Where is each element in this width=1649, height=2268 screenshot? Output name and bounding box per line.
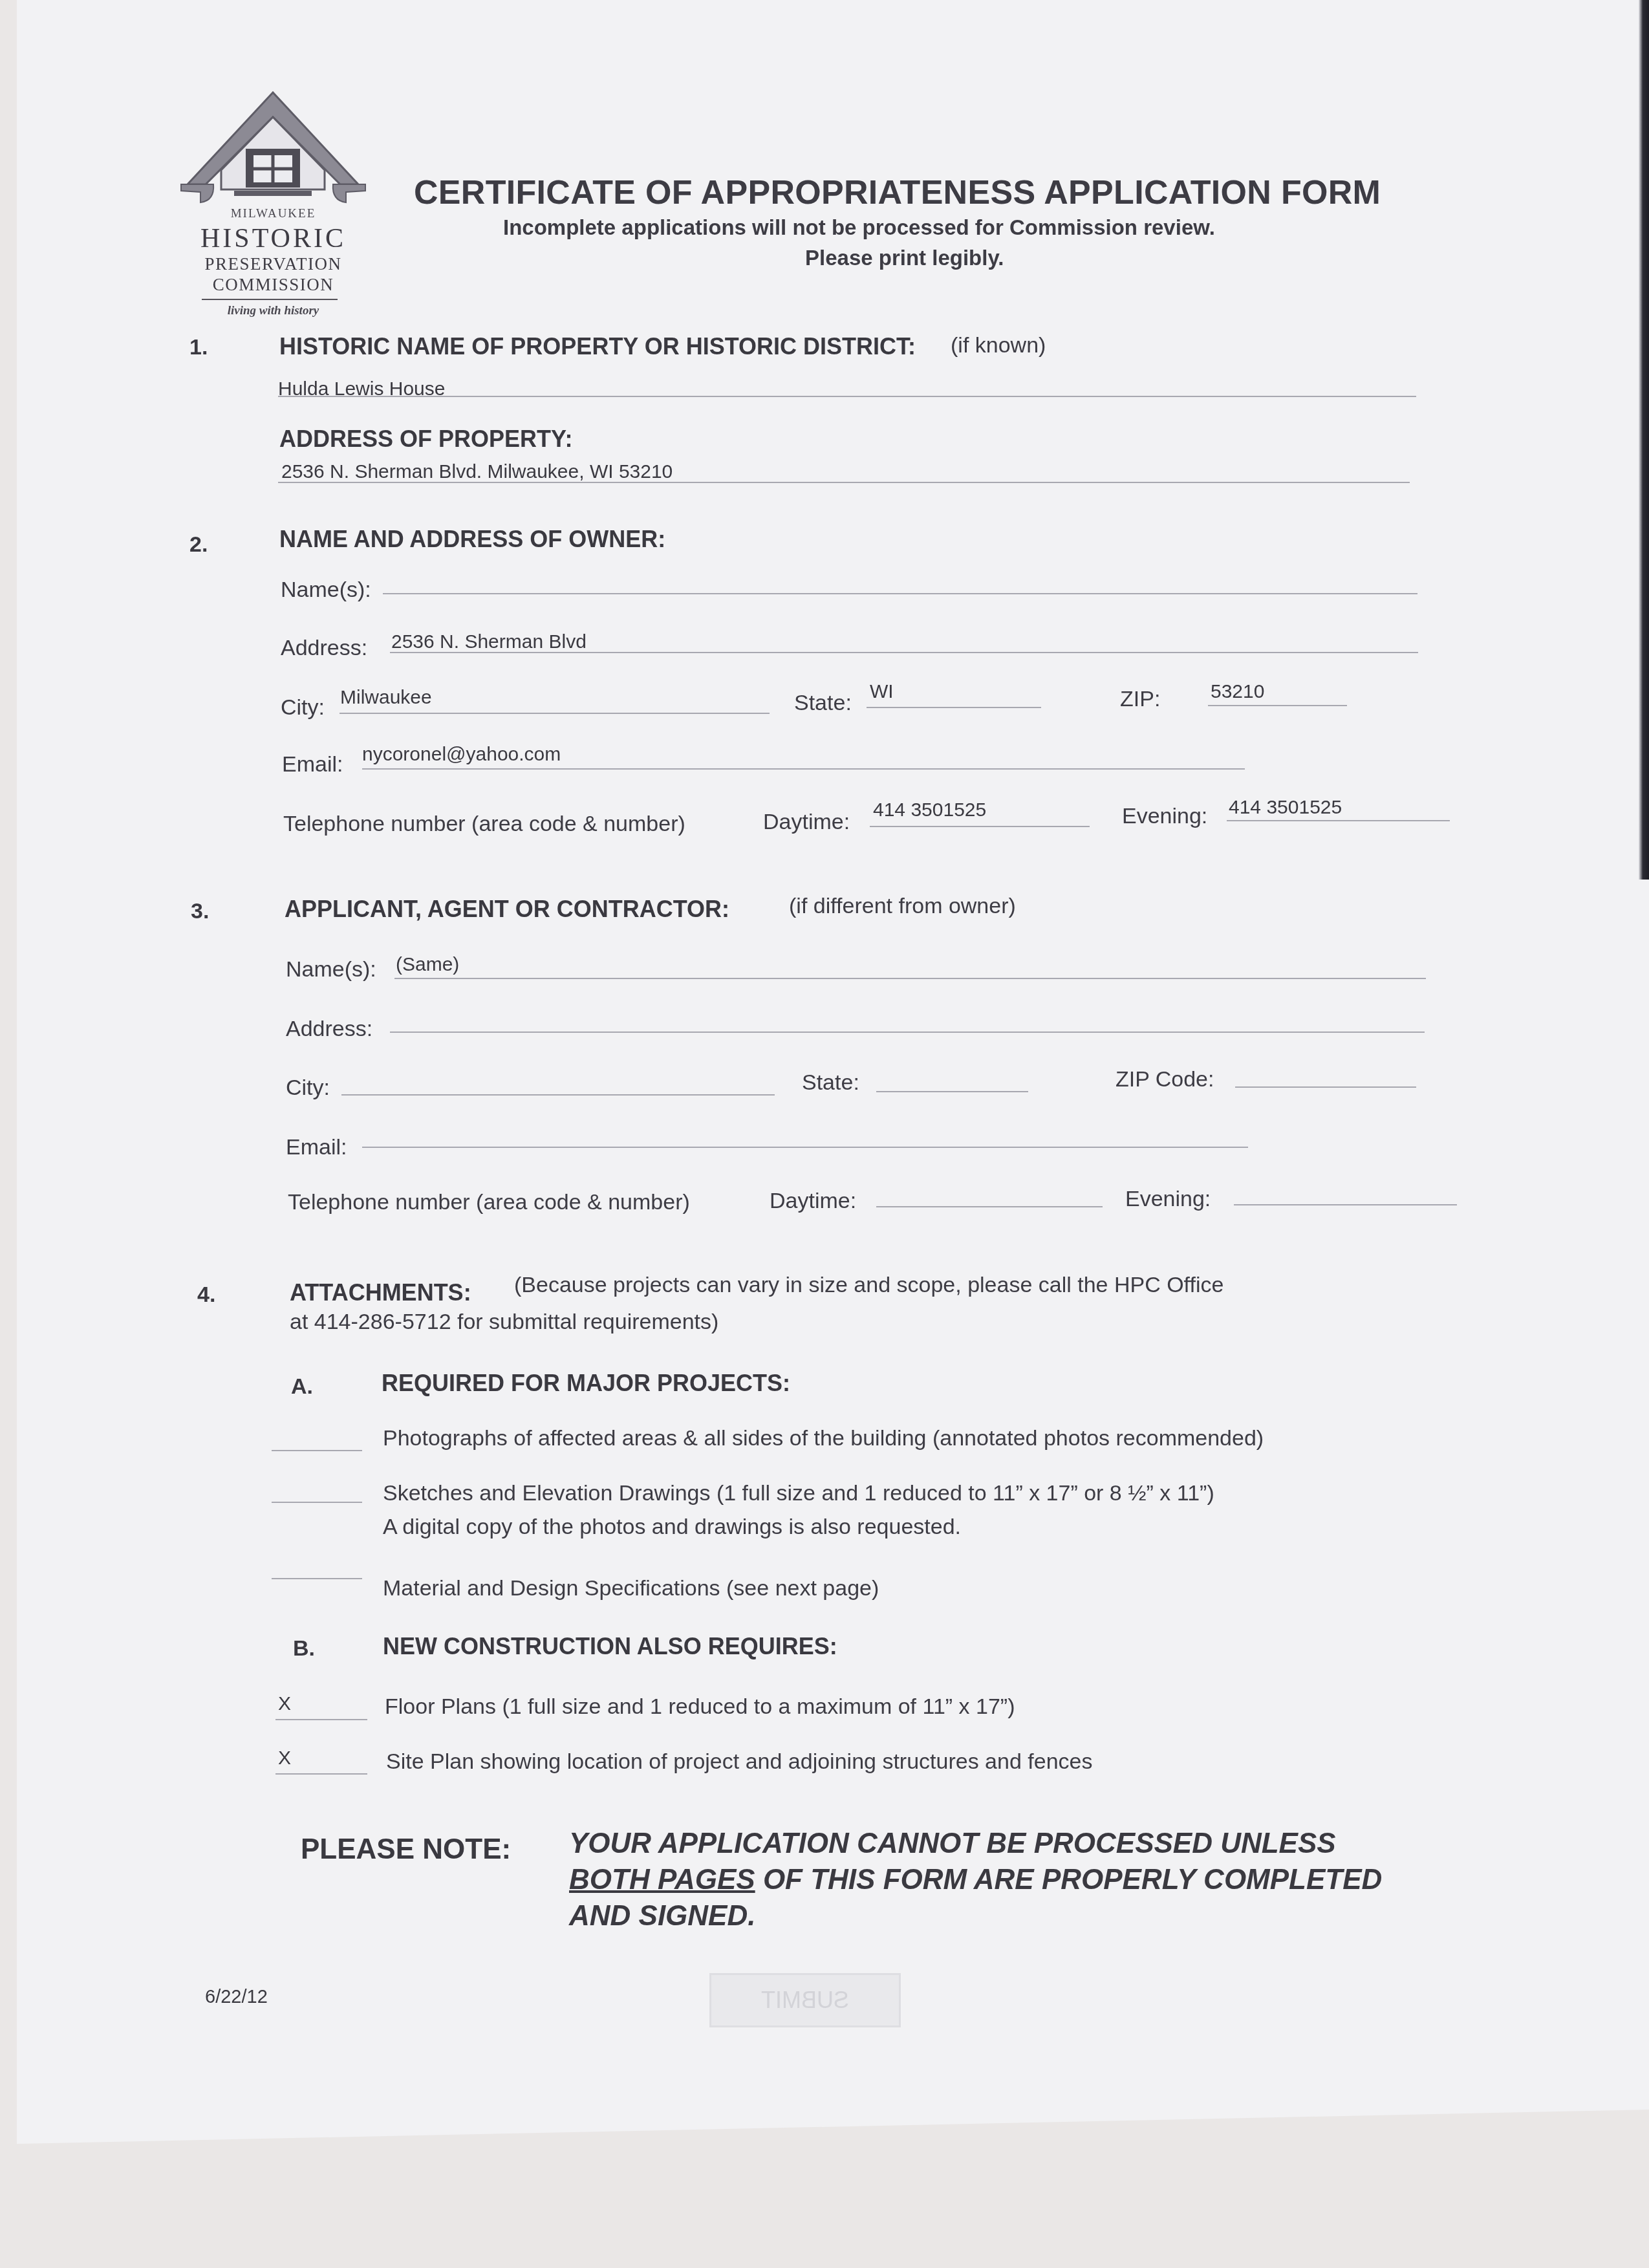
applicant-evening-label: Evening:	[1125, 1187, 1211, 1212]
section-4-heading: ATTACHMENTS:	[290, 1279, 471, 1306]
owner-address-line	[390, 652, 1418, 653]
sketches-checkbox-line	[272, 1502, 362, 1503]
section-4-number: 4.	[197, 1282, 215, 1308]
form-subtitle: Incomplete applications will not be proc…	[503, 215, 1215, 240]
site-plan-checkbox-line	[275, 1773, 367, 1775]
logo-line-preservation: PRESERVATION	[175, 254, 372, 274]
applicant-state-line	[876, 1091, 1028, 1092]
note-line-3: AND SIGNED.	[569, 1898, 1382, 1934]
logo-divider	[202, 299, 338, 300]
sketches-label: Sketches and Elevation Drawings (1 full …	[383, 1481, 1214, 1506]
floor-plans-checkbox[interactable]: X	[278, 1693, 291, 1715]
part-b-letter: B.	[293, 1636, 315, 1661]
section-3-heading: APPLICANT, AGENT OR CONTRACTOR:	[285, 896, 729, 923]
materials-label: Material and Design Specifications (see …	[383, 1576, 879, 1601]
section-1-heading-note: (if known)	[951, 333, 1046, 358]
applicant-phone-label: Telephone number (area code & number)	[288, 1190, 690, 1215]
revision-date: 6/22/12	[205, 1987, 268, 2008]
section-4-note-line2: at 414-286-5712 for submittal requiremen…	[290, 1310, 718, 1335]
site-plan-checkbox[interactable]: X	[278, 1747, 291, 1769]
owner-phone-label: Telephone number (area code & number)	[283, 812, 685, 837]
logo-line-historic: HISTORIC	[175, 223, 372, 254]
applicant-zip-line	[1235, 1086, 1416, 1088]
owner-evening-field[interactable]: 414 3501525	[1229, 797, 1342, 819]
section-1-heading: HISTORIC NAME OF PROPERTY OR HISTORIC DI…	[279, 333, 916, 360]
section-2-number: 2.	[189, 532, 208, 557]
owner-daytime-line	[870, 826, 1090, 827]
historic-name-line	[278, 396, 1416, 397]
photographs-label: Photographs of affected areas & all side…	[383, 1426, 1264, 1451]
owner-state-label: State:	[794, 691, 852, 716]
form-title: CERTIFICATE OF APPROPRIATENESS APPLICATI…	[414, 173, 1381, 212]
applicant-names-field[interactable]: (Same)	[396, 954, 459, 976]
digital-copy-note: A digital copy of the photos and drawing…	[383, 1515, 961, 1540]
hpc-logo: MILWAUKEE HISTORIC PRESERVATION COMMISSI…	[175, 87, 372, 327]
logo-line-commission: COMMISSION	[175, 275, 372, 295]
applicant-daytime-line	[876, 1206, 1103, 1207]
property-address-field[interactable]: 2536 N. Sherman Blvd. Milwaukee, WI 5321…	[281, 461, 673, 483]
owner-zip-field[interactable]: 53210	[1211, 681, 1264, 703]
owner-daytime-field[interactable]: 414 3501525	[873, 799, 986, 821]
please-note-label: PLEASE NOTE:	[301, 1833, 511, 1866]
house-gable-icon	[175, 87, 372, 207]
applicant-address-label: Address:	[286, 1017, 372, 1042]
note-line-1: YOUR APPLICATION CANNOT BE PROCESSED UNL…	[569, 1826, 1382, 1862]
owner-address-field[interactable]: 2536 N. Sherman Blvd	[391, 631, 587, 653]
section-3-heading-note: (if different from owner)	[789, 894, 1016, 919]
bleed-through-submit-button: SUBMIT	[709, 1973, 901, 2027]
photographs-checkbox-line	[272, 1450, 362, 1451]
floor-plans-label: Floor Plans (1 full size and 1 reduced t…	[385, 1694, 1015, 1720]
property-address-line	[278, 482, 1410, 483]
applicant-names-label: Name(s):	[286, 957, 376, 982]
owner-state-line	[867, 707, 1041, 708]
logo-city: MILWAUKEE	[175, 207, 372, 221]
please-note-text: YOUR APPLICATION CANNOT BE PROCESSED UNL…	[569, 1826, 1382, 1934]
applicant-daytime-label: Daytime:	[770, 1189, 856, 1214]
note-line-2-rest: OF THIS FORM ARE PROPERLY COMPLETED	[755, 1864, 1383, 1895]
property-address-heading: ADDRESS OF PROPERTY:	[279, 426, 572, 453]
owner-address-label: Address:	[281, 636, 367, 661]
section-1-number: 1.	[189, 335, 208, 360]
owner-daytime-label: Daytime:	[763, 810, 850, 835]
note-line-2: BOTH PAGES OF THIS FORM ARE PROPERLY COM…	[569, 1862, 1382, 1898]
owner-email-label: Email:	[282, 752, 343, 777]
materials-checkbox-line	[272, 1578, 362, 1579]
owner-email-line	[362, 768, 1245, 770]
owner-zip-line	[1208, 705, 1347, 706]
applicant-email-label: Email:	[286, 1135, 347, 1160]
part-a-heading: REQUIRED FOR MAJOR PROJECTS:	[382, 1370, 790, 1397]
applicant-city-label: City:	[286, 1075, 330, 1101]
applicant-city-line	[341, 1094, 775, 1096]
owner-zip-label: ZIP:	[1120, 687, 1160, 712]
scanner-edge	[1639, 0, 1649, 880]
logo-tagline: living with history	[175, 304, 372, 318]
both-pages-emphasis: BOTH PAGES	[569, 1864, 755, 1895]
owner-names-label: Name(s):	[281, 578, 371, 603]
owner-evening-label: Evening:	[1122, 804, 1207, 829]
applicant-evening-line	[1234, 1204, 1457, 1205]
section-2-heading: NAME AND ADDRESS OF OWNER:	[279, 526, 665, 553]
part-a-letter: A.	[291, 1374, 313, 1399]
section-4-note-line1: (Because projects can vary in size and s…	[514, 1273, 1223, 1298]
applicant-email-line	[362, 1147, 1248, 1148]
section-3-number: 3.	[191, 899, 209, 924]
owner-names-line	[383, 593, 1417, 594]
applicant-names-line	[394, 978, 1426, 979]
owner-evening-line	[1227, 820, 1450, 821]
part-b-heading: NEW CONSTRUCTION ALSO REQUIRES:	[383, 1633, 837, 1660]
form-instruction: Please print legibly.	[805, 246, 1004, 270]
applicant-state-label: State:	[802, 1070, 859, 1096]
owner-city-line	[339, 713, 770, 714]
owner-state-field[interactable]: WI	[870, 681, 894, 703]
owner-city-field[interactable]: Milwaukee	[340, 687, 432, 709]
owner-city-label: City:	[281, 695, 325, 720]
applicant-zip-label: ZIP Code:	[1115, 1067, 1214, 1092]
applicant-address-line	[390, 1031, 1425, 1033]
site-plan-label: Site Plan showing location of project an…	[386, 1749, 1092, 1775]
floor-plans-checkbox-line	[275, 1719, 367, 1720]
owner-email-field[interactable]: nycoronel@yahoo.com	[362, 744, 561, 766]
